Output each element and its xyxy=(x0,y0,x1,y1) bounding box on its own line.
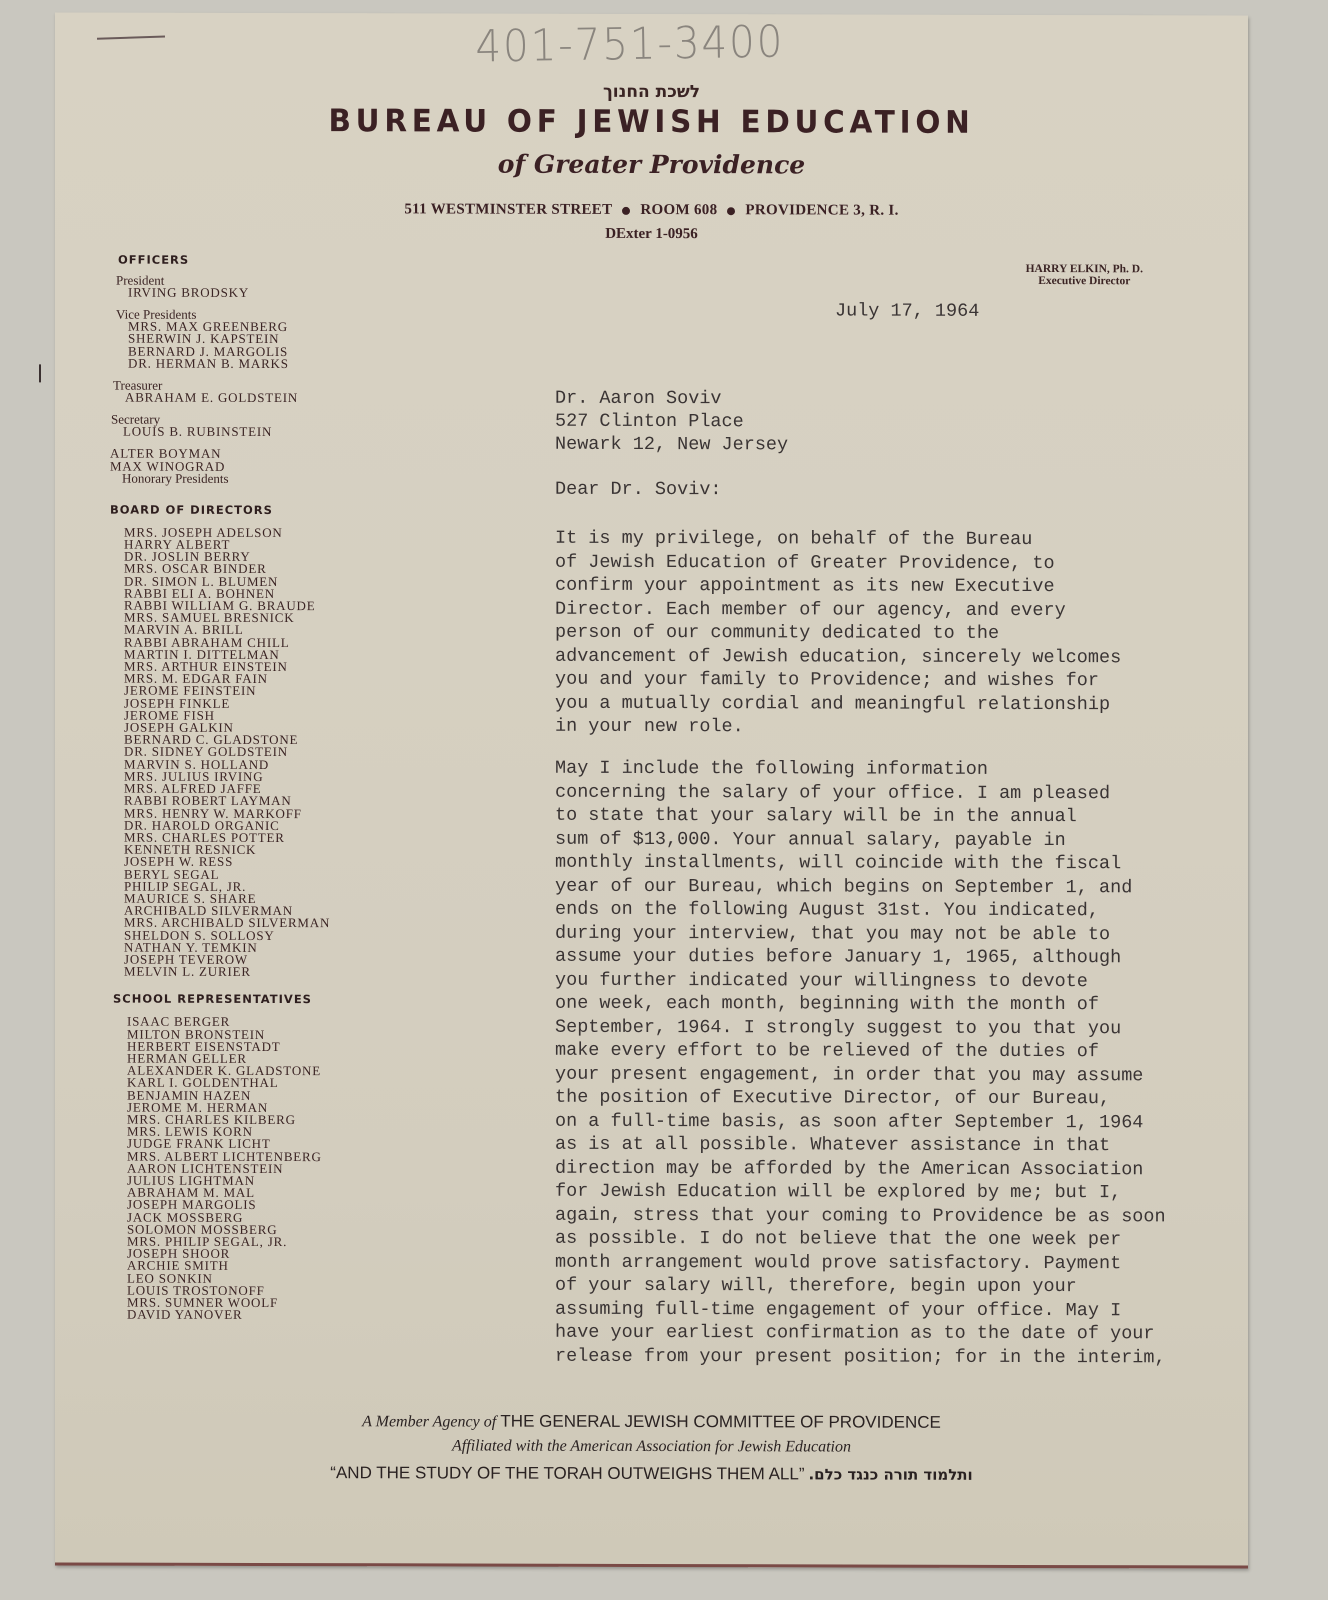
org-address: 511 WESTMINSTER STREETROOM 608PROVIDENCE… xyxy=(55,200,1248,220)
footer-motto-line: “AND THE STUDY OF THE TORAH OUTWEIGHS TH… xyxy=(55,1462,1248,1485)
honorary-presidents: ALTER BOYMAN MAX WINOGRAD Honorary Presi… xyxy=(110,448,410,485)
handwritten-phone-note: 401-751-3400 xyxy=(475,16,785,72)
director-title: Executive Director xyxy=(1026,275,1143,287)
board-list: MRS. JOSEPH ADELSONHARRY ALBERTDR. JOSLI… xyxy=(110,526,410,978)
footer-motto: “AND THE STUDY OF THE TORAH OUTWEIGHS TH… xyxy=(330,1463,804,1483)
officer-group-president: President IRVING BRODSKY xyxy=(110,275,410,300)
edge-mark xyxy=(39,364,41,382)
address-city: PROVIDENCE 3, R. I. xyxy=(745,202,898,218)
officer-name: DR. HERMAN B. MARKS xyxy=(116,357,410,370)
officers-sidebar: OFFICERS President IRVING BRODSKY Vice P… xyxy=(110,253,410,1322)
pencil-mark xyxy=(97,36,165,40)
address-room: ROOM 608 xyxy=(640,202,717,218)
member-name: MELVIN L. ZURIER xyxy=(112,966,410,979)
org-subtitle: of Greater Providence xyxy=(55,148,1248,180)
board-heading: BOARD OF DIRECTORS xyxy=(110,502,410,517)
salutation: Dear Dr. Soviv: xyxy=(555,479,722,500)
footer-affiliation: Affiliated with the American Association… xyxy=(55,1436,1248,1457)
letter-page: 401-751-3400 לשכת החנוך BUREAU OF JEWISH… xyxy=(55,12,1248,1568)
school-reps-heading: SCHOOL REPRESENTATIVES xyxy=(110,992,410,1007)
director-name: HARRY ELKIN, Ph. D. xyxy=(1026,263,1143,275)
footer-member-org: THE GENERAL JEWISH COMMITTEE OF PROVIDEN… xyxy=(500,1412,940,1432)
recipient-address: Dr. Aaron Soviv 527 Clinton Place Newark… xyxy=(555,387,788,457)
recipient-street: 527 Clinton Place xyxy=(555,410,788,434)
body-paragraph-1: It is my privilege, on behalf of the Bur… xyxy=(555,527,1215,740)
officer-name: ABRAHAM E. GOLDSTEIN xyxy=(113,392,410,405)
recipient-city: Newark 12, New Jersey xyxy=(555,433,788,457)
officer-name: IRVING BRODSKY xyxy=(116,287,410,300)
officer-group-secretary: Secretary LOUIS B. RUBINSTEIN xyxy=(110,414,410,439)
org-phone: DExter 1-0956 xyxy=(55,224,1248,244)
officer-group-vice-presidents: Vice Presidents MRS. MAX GREENBERG SHERW… xyxy=(110,309,410,371)
hebrew-org-name: לשכת החנוך xyxy=(55,80,1248,103)
body-paragraph-2: May I include the following information … xyxy=(555,757,1215,1370)
footer-member-line: A Member Agency of THE GENERAL JEWISH CO… xyxy=(55,1410,1248,1433)
officers-heading: OFFICERS xyxy=(110,253,410,268)
footer-motto-hebrew: ותלמוד תורה כנגד כלם. xyxy=(808,1465,972,1483)
bullet-icon xyxy=(622,206,630,214)
letter-date: July 17, 1964 xyxy=(835,300,979,321)
executive-director: HARRY ELKIN, Ph. D. Executive Director xyxy=(1026,263,1143,287)
honorary-label: Honorary Presidents xyxy=(110,472,410,485)
member-name: DAVID YANOVER xyxy=(115,1309,410,1322)
bullet-icon xyxy=(727,207,735,215)
footer-member-prefix: A Member Agency of xyxy=(362,1413,496,1430)
officer-group-treasurer: Treasurer ABRAHAM E. GOLDSTEIN xyxy=(110,380,410,405)
org-title: BUREAU OF JEWISH EDUCATION xyxy=(85,103,1218,142)
address-street: 511 WESTMINSTER STREET xyxy=(404,201,612,218)
school-reps-list: ISAAC BERGERMILTON BRONSTEINHERBERT EISE… xyxy=(110,1016,410,1322)
officer-name: LOUIS B. RUBINSTEIN xyxy=(111,426,410,439)
recipient-name: Dr. Aaron Soviv xyxy=(555,387,788,411)
